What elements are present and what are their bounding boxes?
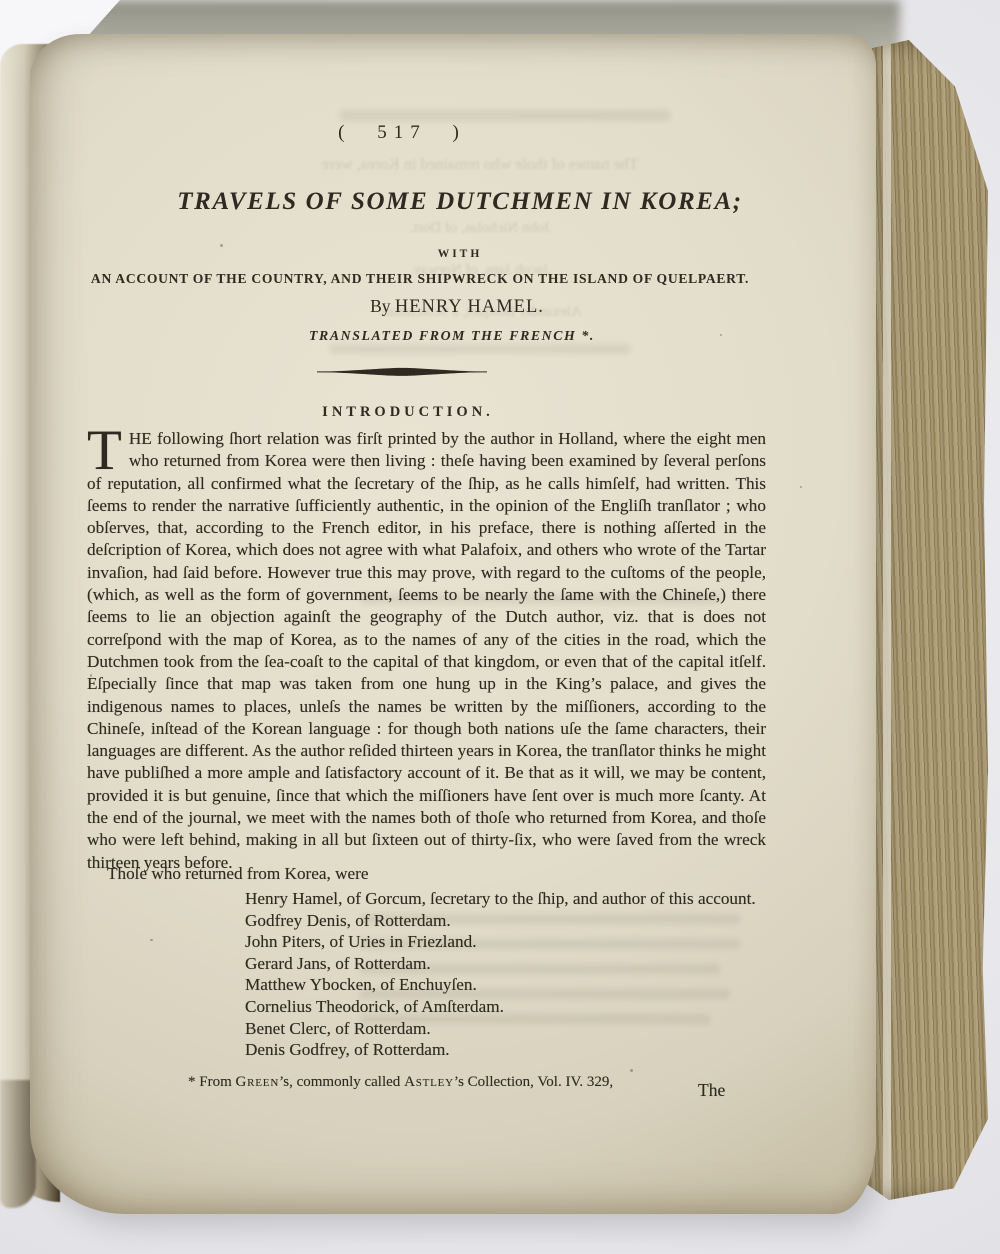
dust-speck [220, 244, 223, 247]
drop-cap: T [87, 428, 129, 470]
footnote-text: ’s, commonly called [279, 1074, 404, 1090]
translated-from-line: TRANSLATED FROM THE FRENCH *. [130, 328, 774, 344]
footnote-asterisk: * [188, 1074, 199, 1090]
book-page: The names of thoſe who remained in Korea… [30, 34, 876, 1214]
footnote-name-green: Green [236, 1074, 280, 1090]
list-item: Denis Godfrey, of Rotterdam. [245, 1039, 765, 1061]
footnote-text: ’s Collection, Vol. IV. 329, [454, 1074, 613, 1090]
subtitle-account: AN ACCOUNT OF THE COUNTRY, AND THEIR SHI… [66, 271, 774, 287]
page-number: ( 517 ) [30, 122, 774, 144]
swelled-rule-divider [317, 364, 487, 374]
list-item: Cornelius Theodorick, of Amſterdam. [245, 996, 765, 1018]
dust-speck [720, 334, 722, 336]
ghost-blur-bar [330, 344, 630, 354]
author-name: HENRY HAMEL. [395, 297, 544, 317]
dust-speck [150, 939, 153, 941]
intro-paragraph: THE following ſhort relation was firſt p… [87, 428, 766, 874]
ghost-show-through-line: John Nicholas, of Dort. [310, 220, 650, 237]
book-photo-scene: The names of thoſe who remained in Korea… [0, 0, 1000, 1254]
intro-text: HE following ſhort relation was firſt pr… [87, 429, 766, 872]
footnote-name-astley: Astley [404, 1074, 454, 1090]
returned-from-korea-list: Henry Hamel, of Gorcum, ſecretary to the… [245, 888, 765, 1061]
dust-speck [630, 1069, 633, 1072]
footnote-text: From [199, 1074, 235, 1090]
returned-intro-line: Thoſe who returned from Korea, were [107, 864, 369, 884]
list-item: Gerard Jans, of Rotterdam. [245, 953, 765, 975]
catchword: The [698, 1080, 725, 1101]
list-item: Henry Hamel, of Gorcum, ſecretary to the… [245, 888, 765, 910]
byline-prefix: By [370, 296, 395, 316]
dust-speck [90, 674, 92, 677]
list-item: Matthew Ybocken, of Enchuyſen. [245, 974, 765, 996]
footnote: * From Green’s, commonly called Astley’s… [188, 1074, 613, 1091]
ghost-show-through-line: The names of thoſe who remained in Korea… [220, 156, 740, 174]
dust-speck [800, 486, 802, 488]
byline: By HENRY HAMEL. [150, 296, 764, 318]
list-item: John Piters, of Uries in Friezland. [245, 931, 765, 953]
subtitle-with: WITH [140, 248, 780, 260]
list-item: Benet Clerc, of Rotterdam. [245, 1018, 765, 1040]
ghost-blur-bar [340, 110, 670, 121]
list-item: Godfrey Denis, of Rotterdam. [245, 910, 765, 932]
section-heading-introduction: INTRODUCTION. [70, 404, 746, 421]
article-title: TRAVELS OF SOME DUTCHMEN IN KOREA; [138, 188, 782, 216]
